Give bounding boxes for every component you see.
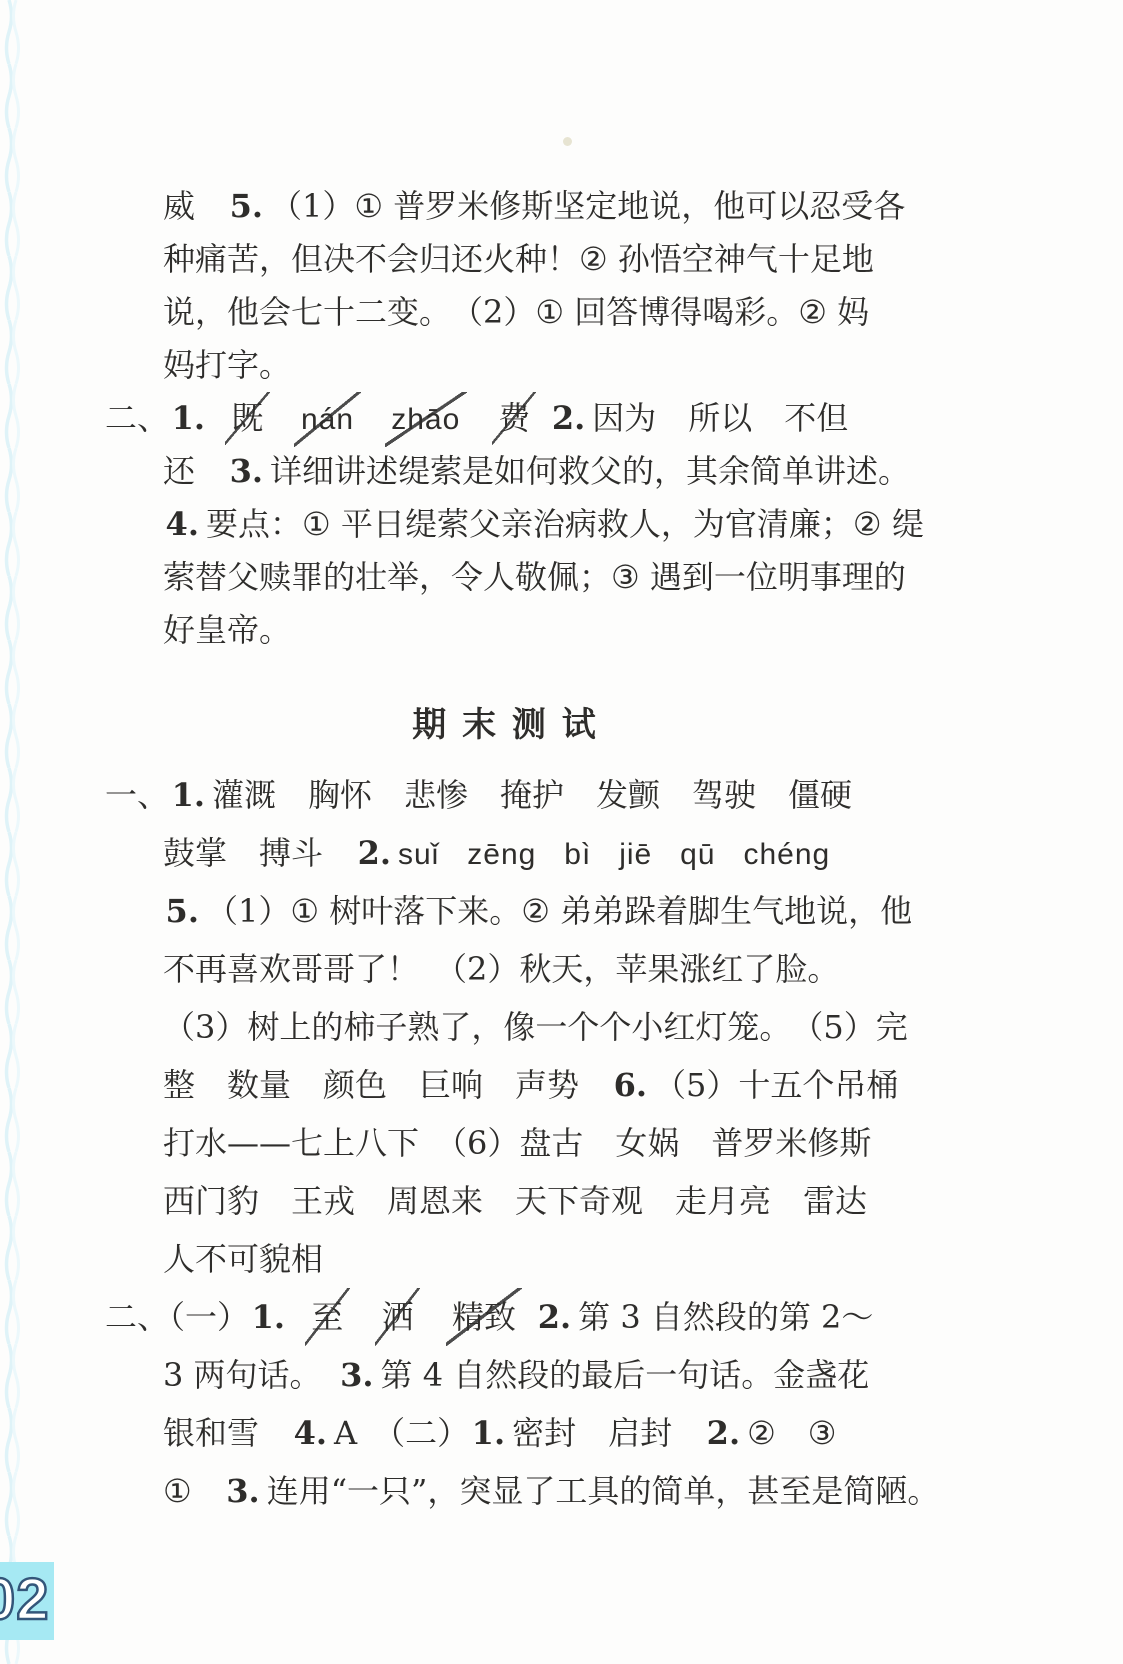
answer-line: 好皇帝。 <box>105 604 955 657</box>
answer-line: 萦替父赎罪的壮举，令人敬佩；③ 遇到一位明事理的 <box>105 551 955 604</box>
text-run: 说，他会七十二变。 （2）① 回答博得喝彩。② 妈 <box>163 293 869 331</box>
text-run: 妈打字。 <box>163 346 291 384</box>
text-run: （5）十五个吊桶 <box>654 1066 898 1104</box>
scan-artifact-dot <box>563 137 572 146</box>
text-run: A （二） <box>334 1414 469 1452</box>
section-label: 一、 <box>105 766 169 824</box>
answer-line: 银和雪 4.A （二）1.密封 启封 2.② ③ <box>105 1404 955 1462</box>
bold-number: 2. <box>552 399 585 437</box>
answer-line: 人不可貌相 <box>105 1230 955 1288</box>
answer-line: （3）树上的柿子熟了，像一个个小红灯笼。 （5）完 <box>105 998 955 1056</box>
bold-number: 2. <box>358 834 391 872</box>
text-run: （1）① 普罗米修斯坚定地说，他可以忍受各 <box>270 187 905 225</box>
answer-line: 二、1.既nánzhāo费2.因为 所以 不但 <box>105 392 955 445</box>
answer-line: ① 3.连用“一只”，突显了工具的简单，甚至是简陋。 <box>105 1462 955 1520</box>
answers-block-1: 威 5.（1）① 普罗米修斯坚定地说，他可以忍受各种痛苦，但决不会归还火种！② … <box>105 180 955 657</box>
text-run: 还 <box>163 452 227 490</box>
answer-line: 一、1.灌溉 胸怀 悲惨 掩护 发颤 驾驶 僵硬 <box>105 766 955 824</box>
section-label: 二、（一） <box>105 1288 249 1346</box>
answer-line: 种痛苦，但决不会归还火种！② 孙悟空神气十足地 <box>105 233 955 286</box>
text-run: 人不可貌相 <box>163 1240 323 1278</box>
crossed-out-term: 既 <box>225 392 270 445</box>
text-run: 打水——七上八下 （6）盘古 女娲 普罗米修斯 <box>163 1124 871 1162</box>
bold-number: 2. <box>538 1298 571 1336</box>
bold-number: 5. <box>166 892 199 930</box>
section-heading: 期 末 测 试 <box>105 699 905 752</box>
bold-number: 5. <box>230 187 263 225</box>
bold-number: 3. <box>340 1356 373 1394</box>
answer-line: 说，他会七十二变。 （2）① 回答博得喝彩。② 妈 <box>105 286 955 339</box>
text-run: 3 两句话。 <box>163 1356 338 1394</box>
text-run: 鼓掌 搏斗 <box>163 834 355 872</box>
page-edge-decoration <box>0 0 26 1664</box>
bold-number: 1. <box>172 776 205 814</box>
crossed-out-term: 至 <box>305 1288 350 1346</box>
crossed-out-term: 精致 <box>446 1288 523 1346</box>
bold-number: 3. <box>226 1472 259 1510</box>
answer-line: 西门豹 王戎 周恩来 天下奇观 走月亮 雷达 <box>105 1172 955 1230</box>
answer-line: 鼓掌 搏斗 2.suǐ zēng bì jiē qū chéng <box>105 824 955 882</box>
text-run: 萦替父赎罪的壮举，令人敬佩；③ 遇到一位明事理的 <box>163 558 906 596</box>
answer-line: 4.要点：① 平日缇萦父亲治病救人，为官清廉；② 缇 <box>105 498 955 551</box>
crossed-out-pinyin: zhāo <box>385 392 467 447</box>
answer-line: 威 5.（1）① 普罗米修斯坚定地说，他可以忍受各 <box>105 180 955 233</box>
text-run: ② ③ <box>747 1414 836 1452</box>
text-run: 要点：① 平日缇萦父亲治病救人，为官清廉；② 缇 <box>206 505 924 543</box>
answers-block-2: 一、1.灌溉 胸怀 悲惨 掩护 发颤 驾驶 僵硬鼓掌 搏斗 2.suǐ zēng… <box>105 766 955 1520</box>
text-run: （1）① 树叶落下来。② 弟弟跺着脚生气地说，他 <box>206 892 912 930</box>
answer-line: 妈打字。 <box>105 339 955 392</box>
text-run: 好皇帝。 <box>163 611 291 649</box>
text-run: 灌溉 胸怀 悲惨 掩护 发颤 驾驶 僵硬 <box>212 776 852 814</box>
text-run: 连用“一只”，突显了工具的简单，甚至是简陋。 <box>267 1472 940 1510</box>
text-run: （3）树上的柿子熟了，像一个个小红灯笼。 （5）完 <box>163 1008 908 1046</box>
text-run: 威 <box>163 187 227 225</box>
text-run: 银和雪 <box>163 1414 291 1452</box>
page-number: 02 <box>0 1571 50 1629</box>
answer-line: 整 数量 颜色 巨响 声势 6.（5）十五个吊桶 <box>105 1056 955 1114</box>
text-run: 整 数量 颜色 巨响 声势 <box>163 1066 611 1104</box>
bold-number: 4. <box>294 1414 327 1452</box>
answer-line: 5.（1）① 树叶落下来。② 弟弟跺着脚生气地说，他 <box>105 882 955 940</box>
crossed-out-term: 费 <box>492 392 537 445</box>
answer-line: 打水——七上八下 （6）盘古 女娲 普罗米修斯 <box>105 1114 955 1172</box>
pinyin-term: suǐ zēng bì jiē qū chéng <box>398 838 830 871</box>
text-run: 密封 启封 <box>512 1414 704 1452</box>
answers-content: 威 5.（1）① 普罗米修斯坚定地说，他可以忍受各种痛苦，但决不会归还火种！② … <box>105 180 955 1520</box>
text-run: 详细讲述缇萦是如何救父的，其余简单讲述。 <box>270 452 910 490</box>
text-run: 第 4 自然段的最后一句话。金盏花 <box>381 1356 870 1394</box>
bold-number: 4. <box>166 505 199 543</box>
page-number-badge: 02 <box>0 1562 54 1640</box>
section-label: 二、 <box>105 392 169 445</box>
bold-number: 3. <box>230 452 263 490</box>
bold-number: 2. <box>707 1414 740 1452</box>
bold-number: 1. <box>172 399 205 437</box>
crossed-out-term: 洒 <box>375 1288 420 1346</box>
answer-line: 3 两句话。 3.第 4 自然段的最后一句话。金盏花 <box>105 1346 955 1404</box>
bold-number: 1. <box>252 1298 285 1336</box>
text-run: ① <box>163 1472 224 1510</box>
bold-number: 1. <box>472 1414 505 1452</box>
text-run: 不再喜欢哥哥了！ （2）秋天，苹果涨红了脸。 <box>163 950 839 988</box>
text-run: 第 3 自然段的第 2～ <box>578 1298 873 1336</box>
text-run: 西门豹 王戎 周恩来 天下奇观 走月亮 雷达 <box>163 1182 867 1220</box>
text-run: 因为 所以 不但 <box>592 399 848 437</box>
answer-line: 二、（一）1.至洒精致2.第 3 自然段的第 2～ <box>105 1288 955 1346</box>
workbook-page: 威 5.（1）① 普罗米修斯坚定地说，他可以忍受各种痛苦，但决不会归还火种！② … <box>0 0 1123 1664</box>
text-run: 种痛苦，但决不会归还火种！② 孙悟空神气十足地 <box>163 240 874 278</box>
answer-line: 还 3.详细讲述缇萦是如何救父的，其余简单讲述。 <box>105 445 955 498</box>
answer-line: 不再喜欢哥哥了！ （2）秋天，苹果涨红了脸。 <box>105 940 955 998</box>
bold-number: 6. <box>614 1066 647 1104</box>
crossed-out-pinyin: nán <box>294 392 360 447</box>
